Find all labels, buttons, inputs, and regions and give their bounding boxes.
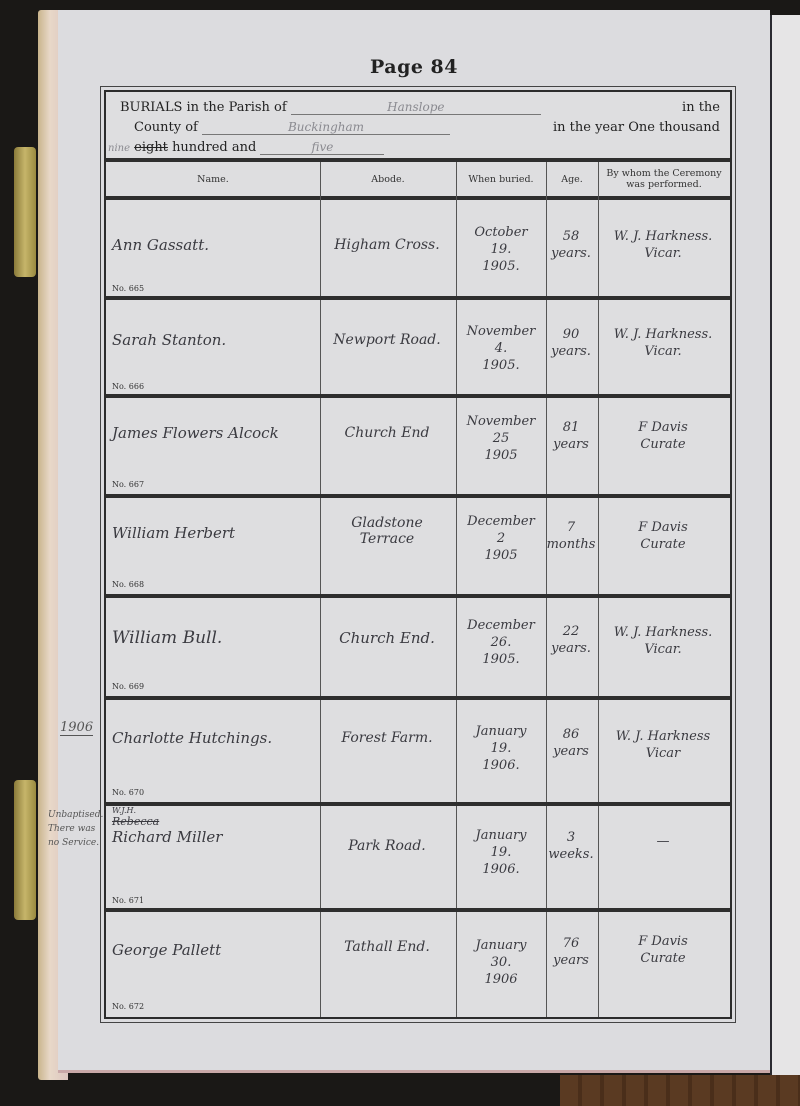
binding-clasp-bottom (14, 780, 36, 920)
entry-age: 3weeks. (546, 806, 596, 886)
column-header-abode: Abode. (320, 162, 456, 196)
entry-abode: Gladstone Terrace (322, 498, 452, 564)
year-label: in the year One thousand (553, 120, 720, 135)
entry-abode: Newport Road. (322, 300, 452, 380)
entry-date: December21905 (458, 498, 544, 578)
column-header-name: Name. (106, 162, 320, 196)
entry-officiant: F DavisCurate (600, 498, 726, 574)
entry-name: W.J.H. Rebecca Richard Miller (112, 806, 312, 896)
entry-officiant: — (600, 806, 726, 876)
burials-label: BURIALS in the Parish of (120, 100, 287, 115)
entry-number: No. 669 (112, 682, 144, 691)
entry-abode: Church End. (322, 598, 452, 678)
entry-name: Ann Gassatt. (112, 200, 312, 290)
entry-name: James Flowers Alcock (112, 398, 312, 468)
entry-date: January19.1906. (458, 700, 544, 796)
register-heading: BURIALS in the Parish of Hanslope in the… (106, 92, 730, 158)
binding-clasp-top (14, 147, 36, 277)
entry-name: George Pallett (112, 912, 312, 988)
register-entry: William Bull. Church End. December26.190… (106, 598, 730, 694)
entry-name: Sarah Stanton. (112, 300, 312, 380)
entry-officiant: W. J. Harkness.Vicar. (600, 300, 726, 386)
entry-number: No. 668 (112, 580, 144, 589)
entry-number: No. 672 (112, 1002, 144, 1011)
century-correction: nine (108, 143, 130, 154)
entry-age: 76years (546, 912, 596, 992)
entry-officiant: F DavisCurate (600, 398, 726, 474)
margin-note: Unbaptised. There was no Service. (48, 808, 104, 850)
hundred-and-label: hundred and (172, 140, 256, 155)
entry-officiant: W. J. Harkness.Vicar. (600, 200, 726, 290)
register-entry: Ann Gassatt. Higham Cross. October19.190… (106, 200, 730, 298)
name-struck: Rebecca (112, 815, 159, 828)
in-the-label: in the (682, 100, 720, 115)
name-initials-note: W.J.H. (112, 806, 136, 815)
entry-name: Charlotte Hutchings. (112, 700, 312, 776)
entry-date: January19.1906. (458, 806, 544, 898)
entry-age: 58years. (546, 200, 596, 290)
entry-date: November251905 (458, 398, 544, 478)
register-entry: George Pallett Tathall End. January30.19… (106, 912, 730, 1016)
parish-field: Hanslope (291, 100, 541, 115)
page-number: Page 84 (58, 56, 770, 78)
entry-abode: Church End (322, 398, 452, 468)
entry-abode: Higham Cross. (322, 200, 452, 290)
entry-officiant: F DavisCurate (600, 912, 726, 988)
register-entry: William Herbert Gladstone Terrace Decemb… (106, 498, 730, 594)
register-entry: James Flowers Alcock Church End November… (106, 398, 730, 494)
entry-abode: Tathall End. (322, 912, 452, 982)
column-header-by-whom: By whom the Ceremony was performed. (598, 162, 730, 196)
entry-date: October19.1905. (458, 200, 544, 298)
county-field: Buckingham (202, 120, 450, 135)
entry-date: November4.1905. (458, 300, 544, 396)
entry-name: William Bull. (112, 598, 312, 678)
year-suffix-field: five (260, 140, 384, 155)
entry-age: 86years (546, 700, 596, 786)
entry-abode: Park Road. (322, 806, 452, 886)
burial-register-form: BURIALS in the Parish of Hanslope in the… (104, 90, 732, 1019)
entry-number: No. 670 (112, 788, 144, 797)
column-header-when-buried: When buried. (456, 162, 546, 196)
entry-abode: Forest Farm. (322, 700, 452, 776)
entry-age: 7months (546, 498, 596, 574)
entry-officiant: W. J. Harkness.Vicar. (600, 598, 726, 684)
entry-number: No. 671 (112, 896, 144, 905)
table-surface (560, 1075, 800, 1106)
century-struck: eight (134, 140, 168, 155)
entry-age: 22years. (546, 598, 596, 682)
entry-date: January30.1906 (458, 912, 544, 1012)
register-page: Page 84 BURIALS in the Parish of Hanslop… (58, 10, 770, 1073)
entry-number: No. 666 (112, 382, 144, 391)
register-entry: Charlotte Hutchings. Forest Farm. Januar… (106, 700, 730, 800)
entry-date: December26.1905. (458, 598, 544, 686)
register-entry: Sarah Stanton. Newport Road. November4.1… (106, 300, 730, 396)
entry-age: 90years. (546, 300, 596, 386)
county-label: County of (134, 120, 198, 135)
margin-year-note: 1906 (60, 720, 93, 736)
column-header-age: Age. (546, 162, 598, 196)
entry-officiant: W. J. HarknessVicar (600, 700, 726, 790)
register-entry: W.J.H. Rebecca Richard Miller Park Road.… (106, 806, 730, 906)
name-corrected: Richard Miller (112, 828, 222, 846)
entry-age: 81years (546, 398, 596, 474)
entry-number: No. 667 (112, 480, 144, 489)
entry-number: No. 665 (112, 284, 144, 293)
facing-page (770, 15, 800, 1075)
entry-name: William Herbert (112, 498, 312, 568)
